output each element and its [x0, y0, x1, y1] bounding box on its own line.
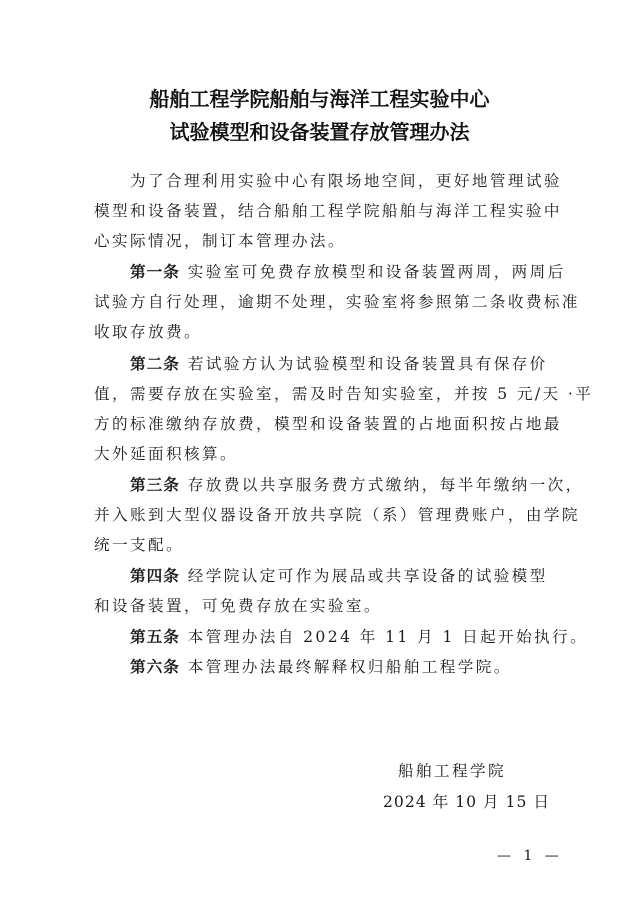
article-1-line-2: 试验方自行处理，逾期不处理，实验室将参照第二条收费标准	[94, 292, 546, 312]
preamble-line-3: 心实际情况，制订本管理办法。	[94, 231, 546, 251]
article-4-label: 第四条	[130, 566, 180, 585]
article-4-line-1: 第四条经学院认定可作为展品或共享设备的试验模型	[130, 566, 546, 586]
preamble-line-1: 为了合理利用实验中心有限场地空间，更好地管理试验	[130, 171, 546, 191]
article-5-label: 第五条	[130, 627, 180, 646]
article-3-line-2: 并入账到大型仪器设备开放共享院（系）管理费账户，由学院	[94, 505, 546, 525]
preamble-line-2: 模型和设备装置，结合船舶工程学院船舶与海洋工程实验中	[94, 201, 546, 221]
document-title-line-2: 试验模型和设备装置存放管理办法	[0, 116, 639, 145]
article-2-label: 第二条	[130, 354, 180, 373]
article-2-line-2: 值，需要存放在实验室，需及时告知实验室，并按 5 元/天 ·平	[94, 384, 546, 404]
article-2-line-1: 第二条若试验方认为试验模型和设备装置具有保存价	[130, 354, 546, 374]
article-2-line-4: 大外延面积核算。	[94, 444, 546, 464]
signature-org: 船舶工程学院	[398, 759, 506, 781]
article-1-text: 实验室可免费存放模型和设备装置两周，两周后	[188, 263, 566, 281]
article-3-line-1: 第三条存放费以共享服务费方式缴纳，每半年缴纳一次，	[130, 475, 546, 495]
page-number: — 1 —	[497, 848, 563, 864]
article-1-line-1: 第一条实验室可免费存放模型和设备装置两周，两周后	[130, 262, 546, 282]
article-2-text: 若试验方认为试验模型和设备装置具有保存价	[188, 355, 548, 373]
article-3-line-3: 统一支配。	[94, 535, 546, 555]
article-4-text: 经学院认定可作为展品或共享设备的试验模型	[188, 567, 548, 585]
article-2-line-3: 方的标准缴纳存放费，模型和设备装置的占地面积按占地最	[94, 414, 546, 434]
article-3-label: 第三条	[130, 475, 180, 494]
signature-date: 2024 年 10 月 15 日	[383, 790, 550, 812]
article-1-line-3: 收取存放费。	[94, 322, 546, 342]
article-4-line-2: 和设备装置，可免费存放在实验室。	[94, 596, 546, 616]
article-6-text: 本管理办法最终解释权归船舶工程学院。	[188, 658, 512, 676]
article-3-text: 存放费以共享服务费方式缴纳，每半年缴纳一次，	[188, 476, 584, 494]
article-5-text: 本管理办法自 2024 年 11 月 1 日起开始执行。	[188, 628, 588, 646]
article-6-label: 第六条	[130, 657, 180, 676]
article-5-line-1: 第五条本管理办法自 2024 年 11 月 1 日起开始执行。	[130, 627, 546, 647]
article-1-label: 第一条	[130, 262, 180, 281]
article-6-line-1: 第六条本管理办法最终解释权归船舶工程学院。	[130, 657, 546, 677]
document-title-line-1: 船舶工程学院船舶与海洋工程实验中心	[0, 83, 639, 112]
